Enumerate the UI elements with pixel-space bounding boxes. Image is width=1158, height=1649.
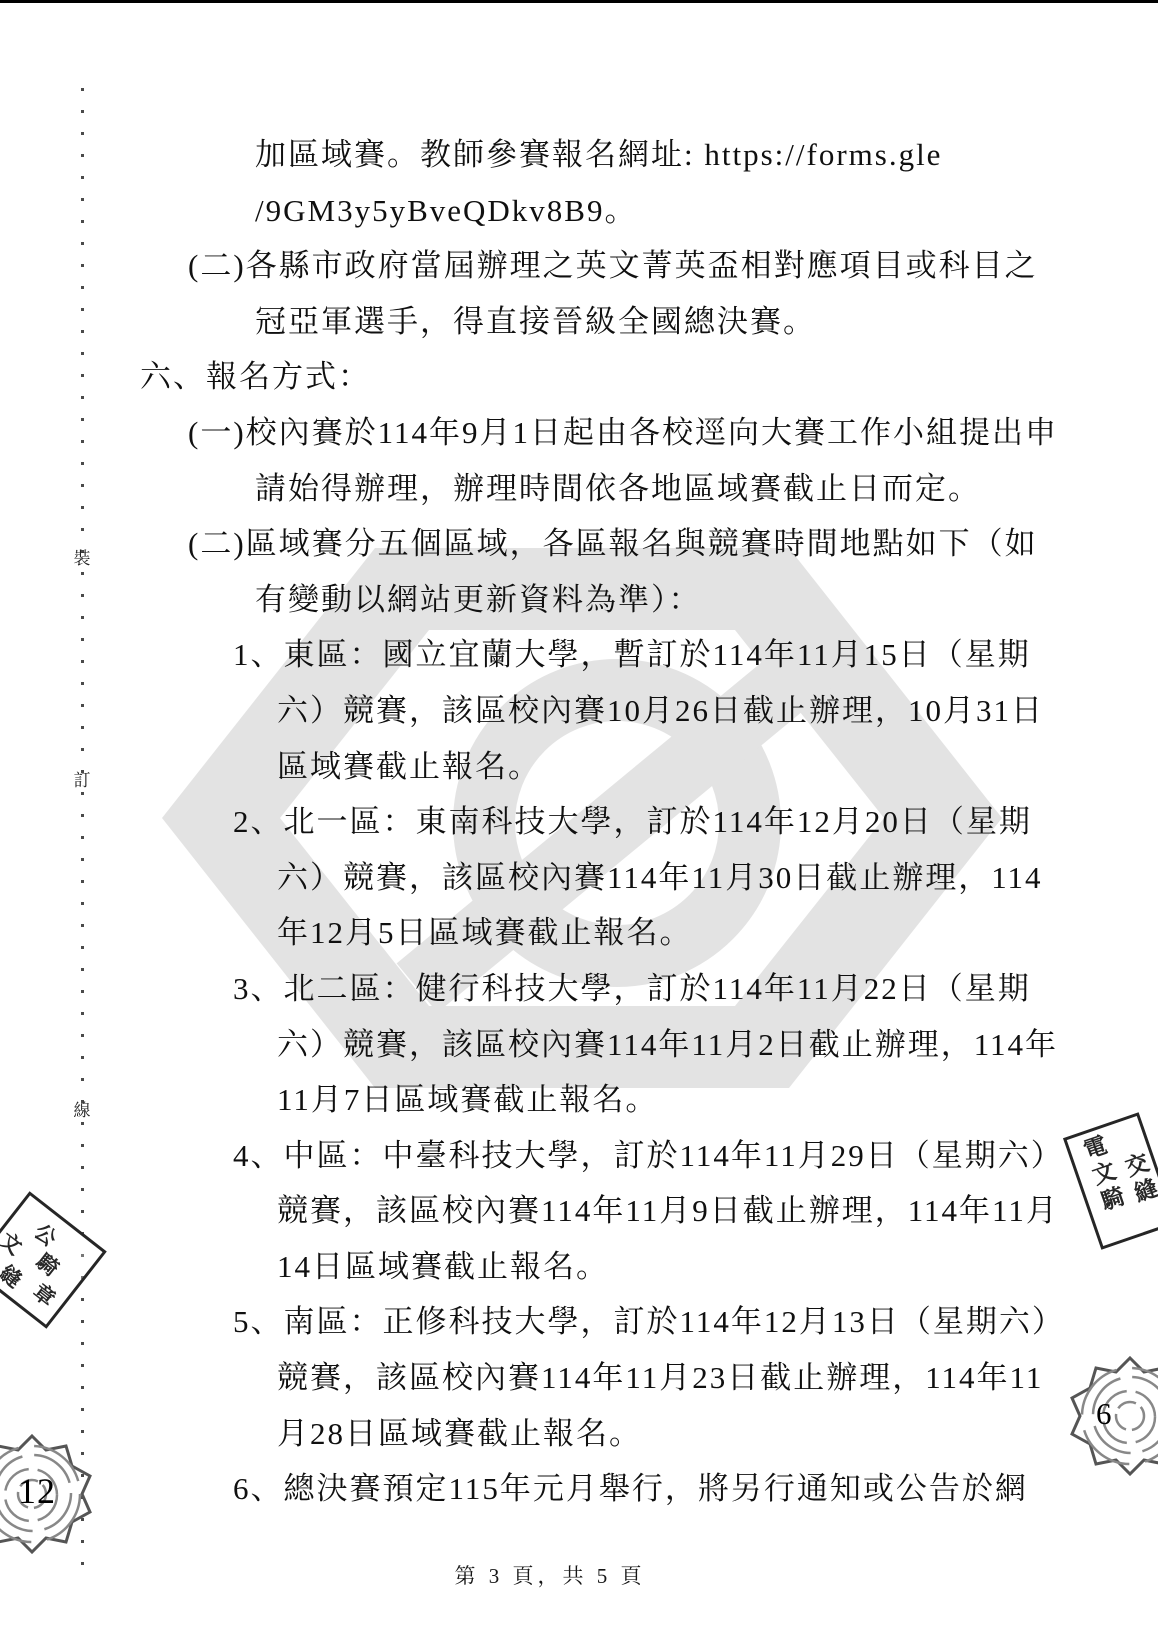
text-line: 14日區域賽截止報名。 [277,1239,1158,1295]
text-line: 年12月5日區域賽截止報名。 [277,905,1158,961]
set-number-6: 6 [1096,1396,1112,1432]
text-line: 4、中區：中臺科技大學，訂於114年11月29日（星期六） [233,1128,1158,1184]
text-line: 有變動以網站更新資料為準）： [255,572,1158,628]
flower-seal-right [1066,1352,1158,1480]
stamp-char: 文 [0,1225,29,1262]
text-line: 3、北二區：健行科技大學，訂於114年11月22日（星期 [233,961,1158,1017]
scanned-document-page: 裝 訂 線 加區域賽。教師參賽報名網址: https://forms.gle/9… [0,0,1158,1649]
stamp-char: 公 [28,1216,63,1253]
set-number-12: 12 [18,1470,56,1512]
text-line: 競賽，該區校內賽114年11月9日截止辦理，114年11月 [277,1183,1158,1239]
text-line: 6、總決賽預定115年元月舉行，將另行通知或公告於網 [233,1461,1158,1517]
text-line: 六）競賽，該區校內賽114年11月30日截止辦理，114 [277,850,1158,906]
stamp-char: 縫 [0,1257,29,1294]
text-line: 冠亞軍選手，得直接晉級全國總決賽。 [255,294,1158,350]
text-line: 六）競賽，該區校內賽10月26日截止辦理，10月31日 [277,683,1158,739]
text-line: 加區域賽。教師參賽報名網址: https://forms.gle [255,127,1158,183]
text-line: 六）競賽，該區校內賽114年11月2日截止辦理，114年 [277,1017,1158,1073]
text-line: 區域賽截止報名。 [277,739,1158,795]
text-line: 5、南區：正修科技大學，訂於114年12月13日（星期六） [233,1294,1158,1350]
text-line: /9GM3y5yBveQDkv8B9。 [255,183,1158,239]
page-indicator: 第 3 頁，共 5 頁 [0,1560,1100,1590]
text-line: 月28日區域賽截止報名。 [277,1406,1158,1462]
stamp-char: 章 [27,1276,62,1313]
text-line: 競賽，該區校內賽114年11月23日截止辦理，114年11 [277,1350,1158,1406]
text-line: 1、東區：國立宜蘭大學，暫訂於114年11月15日（星期 [233,627,1158,683]
text-line: 11月7日區域賽截止報名。 [277,1072,1158,1128]
scan-edge-artifact [0,0,1158,3]
document-body: 加區域賽。教師參賽報名網址: https://forms.gle/9GM3y5y… [0,127,1158,1517]
text-line: (二)各縣市政府當屆辦理之英文菁英盃相對應項目或科目之 [188,238,1158,294]
stamp-char: 騎 [31,1246,66,1283]
text-line: 六、報名方式： [140,349,1158,405]
text-line: (一)校內賽於114年9月1日起由各校逕向大賽工作小組提出申 [188,405,1158,461]
text-line: (二)區域賽分五個區域，各區報名與競賽時間地點如下（如 [188,516,1158,572]
text-line: 請始得辦理，辦理時間依各地區域賽截止日而定。 [255,461,1158,517]
text-line: 2、北一區：東南科技大學，訂於114年12月20日（星期 [233,794,1158,850]
